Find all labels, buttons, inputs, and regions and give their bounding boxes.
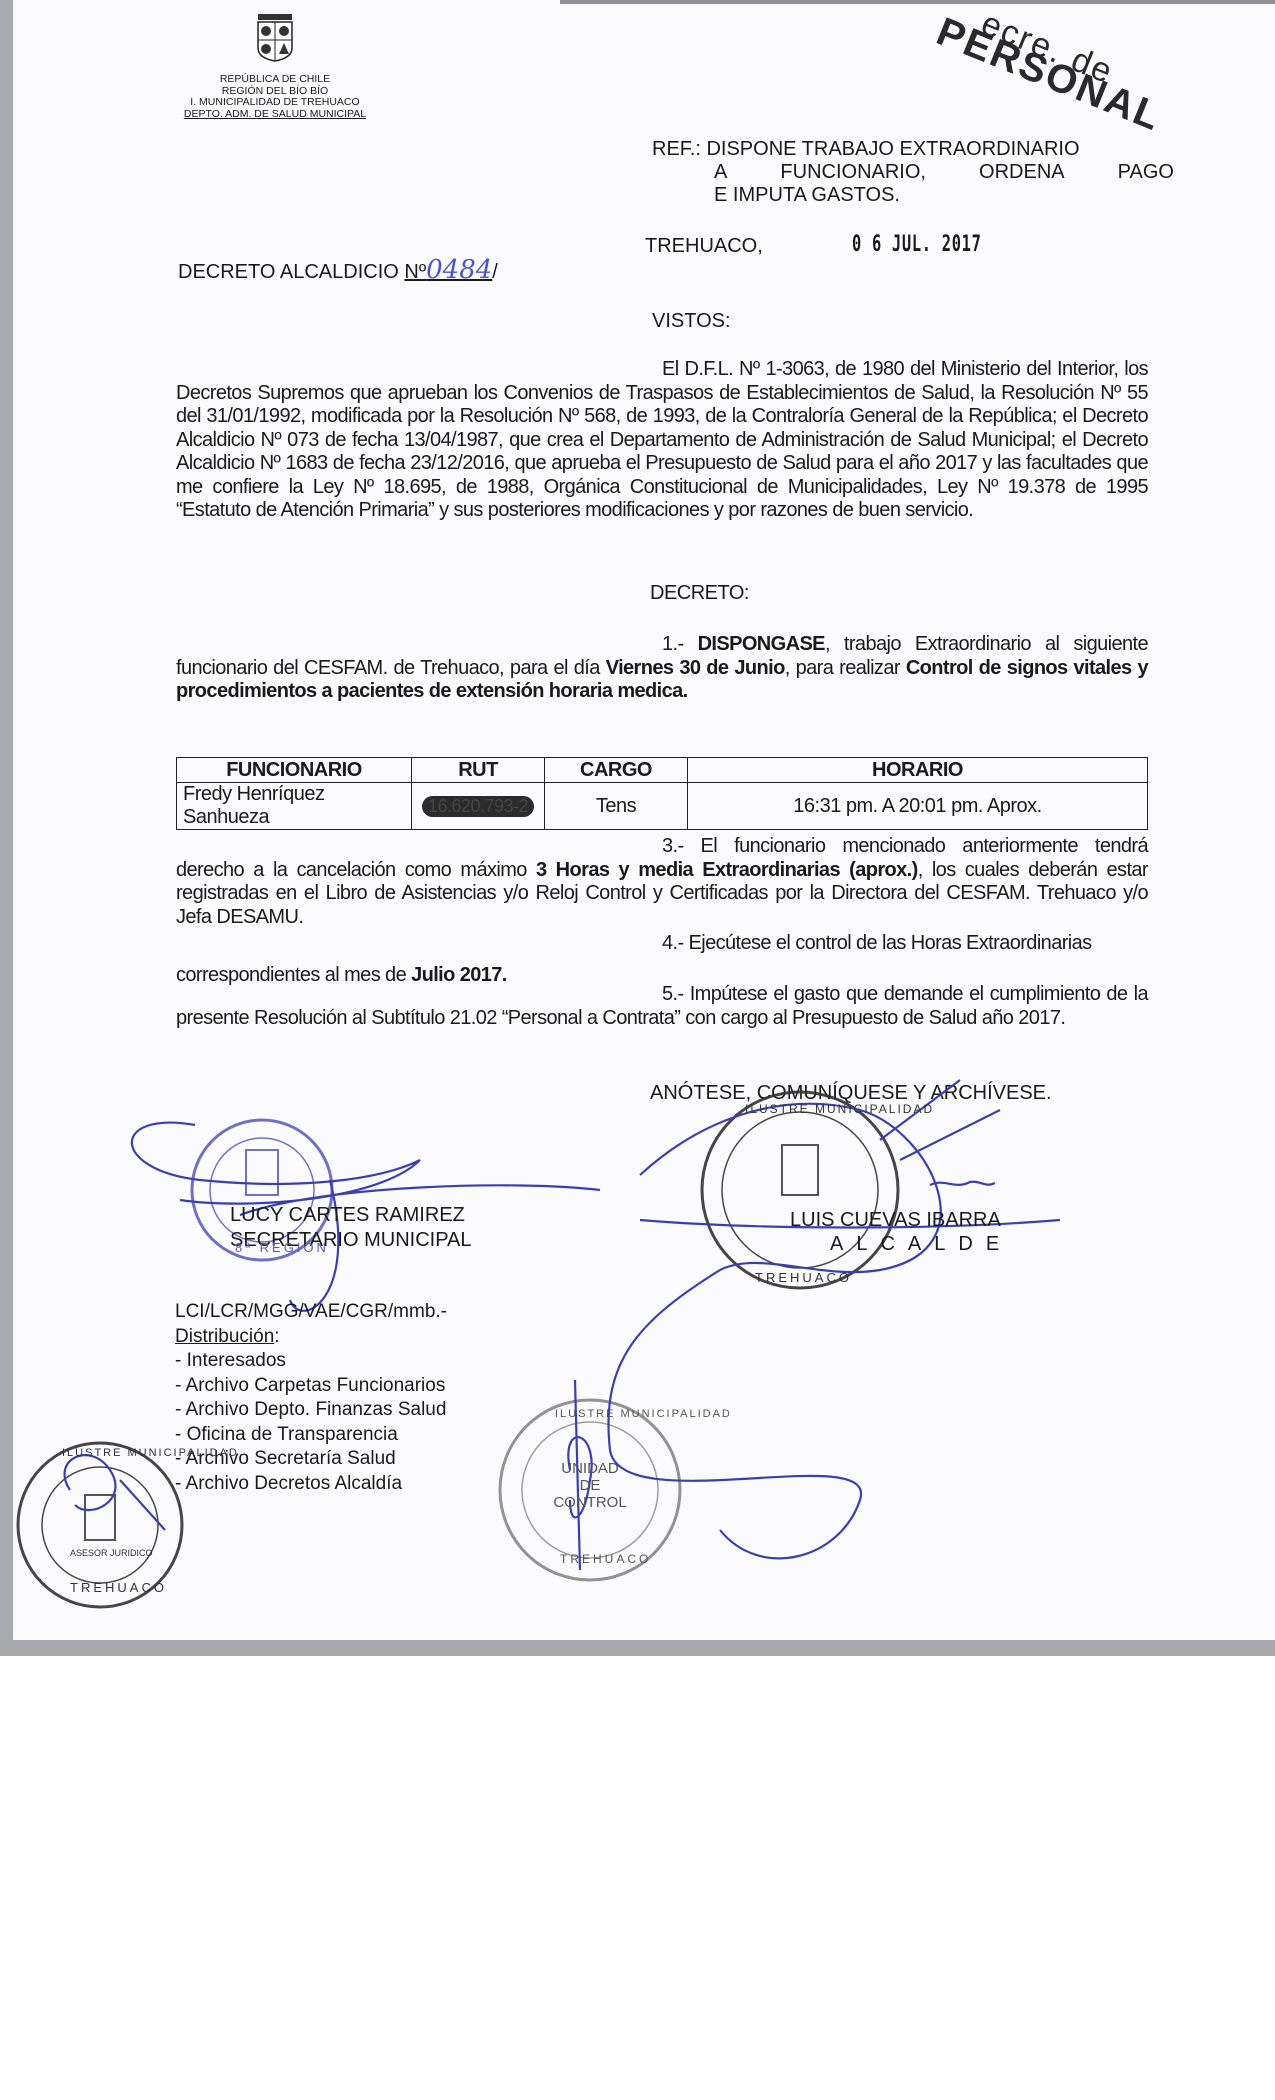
signer-name: LUCY CARTES RAMIREZ <box>230 1203 472 1228</box>
seal-control-top: ILUSTRE MUNICIPALIDAD <box>555 1408 732 1420</box>
ref-line: E IMPUTA GASTOS. <box>652 184 1174 207</box>
distribution-block: LCI/LCR/MGG/VAE/CGR/mmb.- Distribución: … <box>175 1300 447 1496</box>
staff-table: FUNCIONARIO RUT CARGO HORARIO Fredy Henr… <box>176 757 1148 830</box>
ref-word: A <box>714 161 727 184</box>
cell-funcionario: Fredy Henríquez Sanhueza <box>177 783 412 830</box>
seal-alcalde-top: ILUSTRE MUNICIPALIDAD <box>745 1102 934 1116</box>
cell-rut-redacted: 16.620.793-2 <box>422 796 534 817</box>
reference-block: REF.: DISPONE TRABAJO EXTRAORDINARIO A F… <box>652 138 1174 207</box>
vistos-heading: VISTOS: <box>652 310 731 333</box>
seal-asesor-center: ASESOR JURIDICO <box>70 1548 153 1558</box>
seal-alcalde-bottom: TREHUACO <box>755 1270 852 1285</box>
item-bold: Viernes 30 de Junio <box>606 657 785 679</box>
place: TREHUACO, <box>645 235 763 258</box>
signer-name: LUIS CUEVAS IBARRA <box>790 1208 1012 1232</box>
number-suffix: / <box>492 261 498 283</box>
distribution-label: Distribución <box>175 1326 274 1347</box>
seal-asesor-bottom: TREHUACO <box>70 1580 167 1595</box>
decree-label: DECRETO ALCALDICIO <box>178 261 399 283</box>
distribution-item: - Oficina de Transparencia <box>175 1423 447 1448</box>
table-header-row: FUNCIONARIO RUT CARGO HORARIO <box>177 758 1148 783</box>
ref-line: DISPONE TRABAJO EXTRAORDINARIO <box>706 138 1079 160</box>
ref-word: PAGO <box>1118 161 1174 184</box>
handwritten-number: 0484 <box>426 255 492 285</box>
item-number: 5.- <box>662 983 684 1005</box>
signer-title: ALCALDE <box>790 1232 1012 1256</box>
header-line: I. MUNICIPALIDAD DE TREHUACO <box>150 97 400 109</box>
item-bold: DISPONGASE <box>698 633 825 655</box>
date-stamp: 0 6 JUL. 2017 <box>852 232 982 257</box>
coat-of-arms-icon <box>254 14 296 62</box>
decree-number: DECRETO ALCALDICIO Nº0484/ <box>178 255 498 285</box>
distribution-item: - Interesados <box>175 1349 447 1374</box>
ref-label: REF.: <box>652 138 701 160</box>
seal-text: UNIDAD <box>545 1460 635 1477</box>
vistos-paragraph: El D.F.L. Nº 1-3063, de 1980 del Ministe… <box>176 358 1148 523</box>
institution-header: REPÚBLICA DE CHILE REGIÓN DEL BÍO BÍO I.… <box>150 74 400 120</box>
ref-word: FUNCIONARIO, <box>780 161 926 184</box>
ref-word: ORDENA <box>979 161 1065 184</box>
initials: LCI/LCR/MGG/VAE/CGR/mmb.- <box>175 1300 447 1325</box>
decreto-heading: DECRETO: <box>650 582 749 605</box>
distribution-item: - Archivo Decretos Alcaldía <box>175 1472 447 1497</box>
col-header: CARGO <box>545 758 688 783</box>
seal-secretario-bottom: 8ª REGIÓN <box>235 1240 329 1255</box>
item-number: 4.- <box>662 932 684 954</box>
item-bold: 3 Horas y media Extraordinarias (aprox.) <box>536 859 918 881</box>
item-3: 3.- El funcionario mencionado anteriorme… <box>176 835 1148 929</box>
cell-horario: 16:31 pm. A 20:01 pm. Aprox. <box>688 783 1148 830</box>
header-line: REPÚBLICA DE CHILE <box>150 74 400 86</box>
scan-edge-left <box>0 0 13 1655</box>
item-4: 4.- Ejecútese el control de las Horas Ex… <box>176 932 1148 987</box>
scan-edge-top <box>560 0 1275 4</box>
col-header: RUT <box>412 758 545 783</box>
col-header: HORARIO <box>688 758 1148 783</box>
seal-control-bottom: TREHUACO <box>560 1552 651 1566</box>
item-5: 5.- Impútese el gasto que demande el cum… <box>176 983 1148 1030</box>
distribution-item: - Archivo Depto. Finanzas Salud <box>175 1398 447 1423</box>
item-1: 1.- DISPONGASE, trabajo Extraordinario a… <box>176 633 1148 704</box>
scan-edge-bottom <box>0 1640 1275 1656</box>
number-prefix: Nº <box>404 261 426 283</box>
seal-asesor-top: ILUSTRE MUNICIPALIDAD <box>62 1447 239 1459</box>
item-number: 1.- <box>662 633 684 655</box>
cell-cargo: Tens <box>545 783 688 830</box>
seal-text: CONTROL <box>545 1494 635 1511</box>
header-line: DEPTO. ADM. DE SALUD MUNICIPAL <box>150 109 400 121</box>
signature-alcalde: LUIS CUEVAS IBARRA ALCALDE <box>790 1208 1012 1256</box>
seal-control-text: UNIDAD DE CONTROL <box>545 1460 635 1511</box>
table-row: Fredy Henríquez Sanhueza 16.620.793-2 Te… <box>177 783 1148 830</box>
seal-text: DE <box>545 1477 635 1494</box>
vistos-text: El D.F.L. Nº 1-3063, de 1980 del Ministe… <box>176 358 1148 523</box>
col-header: FUNCIONARIO <box>177 758 412 783</box>
item-number: 3.- <box>662 835 684 857</box>
item-text: , para realizar <box>785 657 906 679</box>
distribution-item: - Archivo Carpetas Funcionarios <box>175 1374 447 1399</box>
item-text: Ejecútese el control de las Horas Extrao… <box>689 932 1092 954</box>
